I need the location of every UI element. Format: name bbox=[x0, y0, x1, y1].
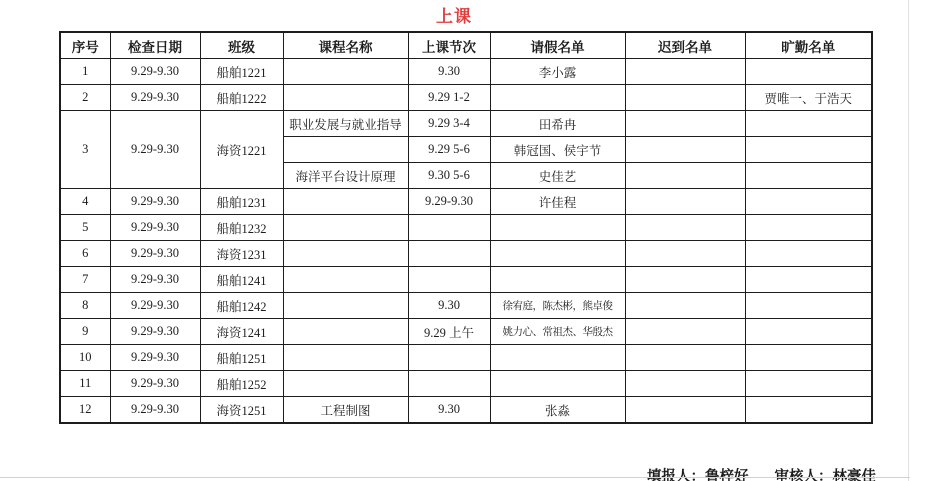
col-header-period: 上课节次 bbox=[408, 32, 490, 59]
page-edge-bottom bbox=[0, 477, 910, 478]
cell-late bbox=[625, 345, 745, 371]
col-header-date: 检查日期 bbox=[110, 32, 200, 59]
cell-date: 9.29-9.30 bbox=[110, 319, 200, 345]
cell-class: 船舶1241 bbox=[200, 267, 283, 293]
cell-course bbox=[283, 267, 408, 293]
cell-date: 9.29-9.30 bbox=[110, 189, 200, 215]
cell-date: 9.29-9.30 bbox=[110, 215, 200, 241]
cell-course bbox=[283, 241, 408, 267]
cell-class: 船舶1252 bbox=[200, 371, 283, 397]
cell-leave: 徐宥庭，陈杰彬，熊卓俊 bbox=[490, 293, 625, 319]
cell-serial: 1 bbox=[60, 59, 110, 85]
table-row: 6 9.29-9.30 海资1231 bbox=[60, 241, 872, 267]
cell-period bbox=[408, 241, 490, 267]
cell-period: 9.29 1-2 bbox=[408, 85, 490, 111]
cell-period: 9.29-9.30 bbox=[408, 189, 490, 215]
cell-course: 海洋平台设计原理 bbox=[283, 163, 408, 189]
cell-course: 工程制图 bbox=[283, 397, 408, 424]
cell-period: 9.29 3-4 bbox=[408, 111, 490, 137]
cell-date: 9.29-9.30 bbox=[110, 59, 200, 85]
col-header-course: 课程名称 bbox=[283, 32, 408, 59]
page-title: 上课 bbox=[0, 2, 908, 27]
cell-class: 海资1221 bbox=[200, 111, 283, 189]
cell-date: 9.29-9.30 bbox=[110, 85, 200, 111]
col-header-absent: 旷勤名单 bbox=[745, 32, 872, 59]
cell-serial: 7 bbox=[60, 267, 110, 293]
table-row: 5 9.29-9.30 船舶1232 bbox=[60, 215, 872, 241]
cell-late bbox=[625, 189, 745, 215]
cell-serial: 12 bbox=[60, 397, 110, 424]
table-row: 8 9.29-9.30 船舶1242 9.30 徐宥庭，陈杰彬，熊卓俊 bbox=[60, 293, 872, 319]
cell-late bbox=[625, 397, 745, 424]
cell-leave bbox=[490, 345, 625, 371]
cell-absent bbox=[745, 371, 872, 397]
cell-leave: 张淼 bbox=[490, 397, 625, 424]
cell-serial: 8 bbox=[60, 293, 110, 319]
table-row: 7 9.29-9.30 船舶1241 bbox=[60, 267, 872, 293]
cell-period bbox=[408, 345, 490, 371]
cell-absent: 贾唯一、于浩天 bbox=[745, 85, 872, 111]
cell-leave: 姚力心、常祖杰、华殷杰 bbox=[490, 319, 625, 345]
cell-absent bbox=[745, 163, 872, 189]
cell-serial: 2 bbox=[60, 85, 110, 111]
cell-course: 职业发展与就业指导 bbox=[283, 111, 408, 137]
table-row: 11 9.29-9.30 船舶1252 bbox=[60, 371, 872, 397]
document-page: { "title": "上课", "title_color": "#e03c3c… bbox=[0, 0, 930, 481]
cell-period bbox=[408, 267, 490, 293]
cell-leave: 李小露 bbox=[490, 59, 625, 85]
cell-late bbox=[625, 163, 745, 189]
cell-absent bbox=[745, 215, 872, 241]
cell-course bbox=[283, 345, 408, 371]
cell-date: 9.29-9.30 bbox=[110, 267, 200, 293]
cell-leave bbox=[490, 85, 625, 111]
col-header-serial: 序号 bbox=[60, 32, 110, 59]
cell-leave bbox=[490, 267, 625, 293]
cell-course bbox=[283, 293, 408, 319]
cell-class: 海资1251 bbox=[200, 397, 283, 424]
cell-class: 船舶1221 bbox=[200, 59, 283, 85]
cell-date: 9.29-9.30 bbox=[110, 241, 200, 267]
cell-course bbox=[283, 85, 408, 111]
table-row: 2 9.29-9.30 船舶1222 9.29 1-2 贾唯一、于浩天 bbox=[60, 85, 872, 111]
cell-absent bbox=[745, 137, 872, 163]
page-edge-right bbox=[908, 0, 909, 481]
cell-serial: 6 bbox=[60, 241, 110, 267]
col-header-leave: 请假名单 bbox=[490, 32, 625, 59]
cell-period: 9.30 5-6 bbox=[408, 163, 490, 189]
header-row: 序号 检查日期 班级 课程名称 上课节次 请假名单 迟到名单 旷勤名单 bbox=[60, 32, 872, 59]
cell-late bbox=[625, 267, 745, 293]
cell-late bbox=[625, 319, 745, 345]
reviewer-name: 林豪佳 bbox=[833, 469, 877, 481]
cell-serial: 4 bbox=[60, 189, 110, 215]
cell-class: 船舶1232 bbox=[200, 215, 283, 241]
cell-class: 海资1231 bbox=[200, 241, 283, 267]
table-row: 3 9.29-9.30 海资1221 职业发展与就业指导 9.29 3-4 田希… bbox=[60, 111, 872, 137]
cell-course bbox=[283, 137, 408, 163]
table-row: 9 9.29-9.30 海资1241 9.29 上午 姚力心、常祖杰、华殷杰 bbox=[60, 319, 872, 345]
cell-course bbox=[283, 319, 408, 345]
cell-date: 9.29-9.30 bbox=[110, 345, 200, 371]
reporter-label: 填报人： bbox=[647, 469, 705, 481]
cell-period bbox=[408, 371, 490, 397]
cell-course bbox=[283, 371, 408, 397]
cell-class: 海资1241 bbox=[200, 319, 283, 345]
cell-leave: 韩冠国、侯宇节 bbox=[490, 137, 625, 163]
cell-period: 9.30 bbox=[408, 293, 490, 319]
table-row: 10 9.29-9.30 船舶1251 bbox=[60, 345, 872, 371]
col-header-late: 迟到名单 bbox=[625, 32, 745, 59]
cell-late bbox=[625, 215, 745, 241]
cell-date: 9.29-9.30 bbox=[110, 293, 200, 319]
reporter-name: 鲁梓好 bbox=[705, 469, 749, 481]
cell-class: 船舶1242 bbox=[200, 293, 283, 319]
cell-leave: 许佳程 bbox=[490, 189, 625, 215]
cell-serial: 5 bbox=[60, 215, 110, 241]
cell-date: 9.29-9.30 bbox=[110, 371, 200, 397]
table-row: 4 9.29-9.30 船舶1231 9.29-9.30 许佳程 bbox=[60, 189, 872, 215]
cell-course bbox=[283, 215, 408, 241]
cell-class: 船舶1251 bbox=[200, 345, 283, 371]
table-row: 12 9.29-9.30 海资1251 工程制图 9.30 张淼 bbox=[60, 397, 872, 424]
cell-course bbox=[283, 59, 408, 85]
cell-late bbox=[625, 85, 745, 111]
cell-absent bbox=[745, 293, 872, 319]
cell-date: 9.29-9.30 bbox=[110, 111, 200, 189]
cell-late bbox=[625, 111, 745, 137]
cell-serial: 10 bbox=[60, 345, 110, 371]
cell-absent bbox=[745, 111, 872, 137]
cell-late bbox=[625, 59, 745, 85]
cell-absent bbox=[745, 241, 872, 267]
cell-late bbox=[625, 137, 745, 163]
cell-absent bbox=[745, 319, 872, 345]
cell-period bbox=[408, 215, 490, 241]
cell-period: 9.30 bbox=[408, 397, 490, 424]
cell-late bbox=[625, 371, 745, 397]
cell-late bbox=[625, 293, 745, 319]
cell-leave bbox=[490, 215, 625, 241]
cell-leave bbox=[490, 371, 625, 397]
cell-serial: 3 bbox=[60, 111, 110, 189]
cell-absent bbox=[745, 267, 872, 293]
cell-period: 9.29 上午 bbox=[408, 319, 490, 345]
attendance-check-table: 序号 检查日期 班级 课程名称 上课节次 请假名单 迟到名单 旷勤名单 1 9.… bbox=[59, 31, 873, 424]
cell-late bbox=[625, 241, 745, 267]
cell-absent bbox=[745, 189, 872, 215]
cell-class: 船舶1231 bbox=[200, 189, 283, 215]
cell-absent bbox=[745, 397, 872, 424]
cell-leave: 史佳艺 bbox=[490, 163, 625, 189]
cell-serial: 11 bbox=[60, 371, 110, 397]
cell-absent bbox=[745, 345, 872, 371]
cell-period: 9.30 bbox=[408, 59, 490, 85]
cell-class: 船舶1222 bbox=[200, 85, 283, 111]
cell-course bbox=[283, 189, 408, 215]
col-header-class: 班级 bbox=[200, 32, 283, 59]
cell-leave: 田希冉 bbox=[490, 111, 625, 137]
cell-leave bbox=[490, 241, 625, 267]
reviewer-label: 审核人： bbox=[775, 469, 833, 481]
cell-date: 9.29-9.30 bbox=[110, 397, 200, 424]
cell-period: 9.29 5-6 bbox=[408, 137, 490, 163]
cell-absent bbox=[745, 59, 872, 85]
table-row: 1 9.29-9.30 船舶1221 9.30 李小露 bbox=[60, 59, 872, 85]
cell-serial: 9 bbox=[60, 319, 110, 345]
